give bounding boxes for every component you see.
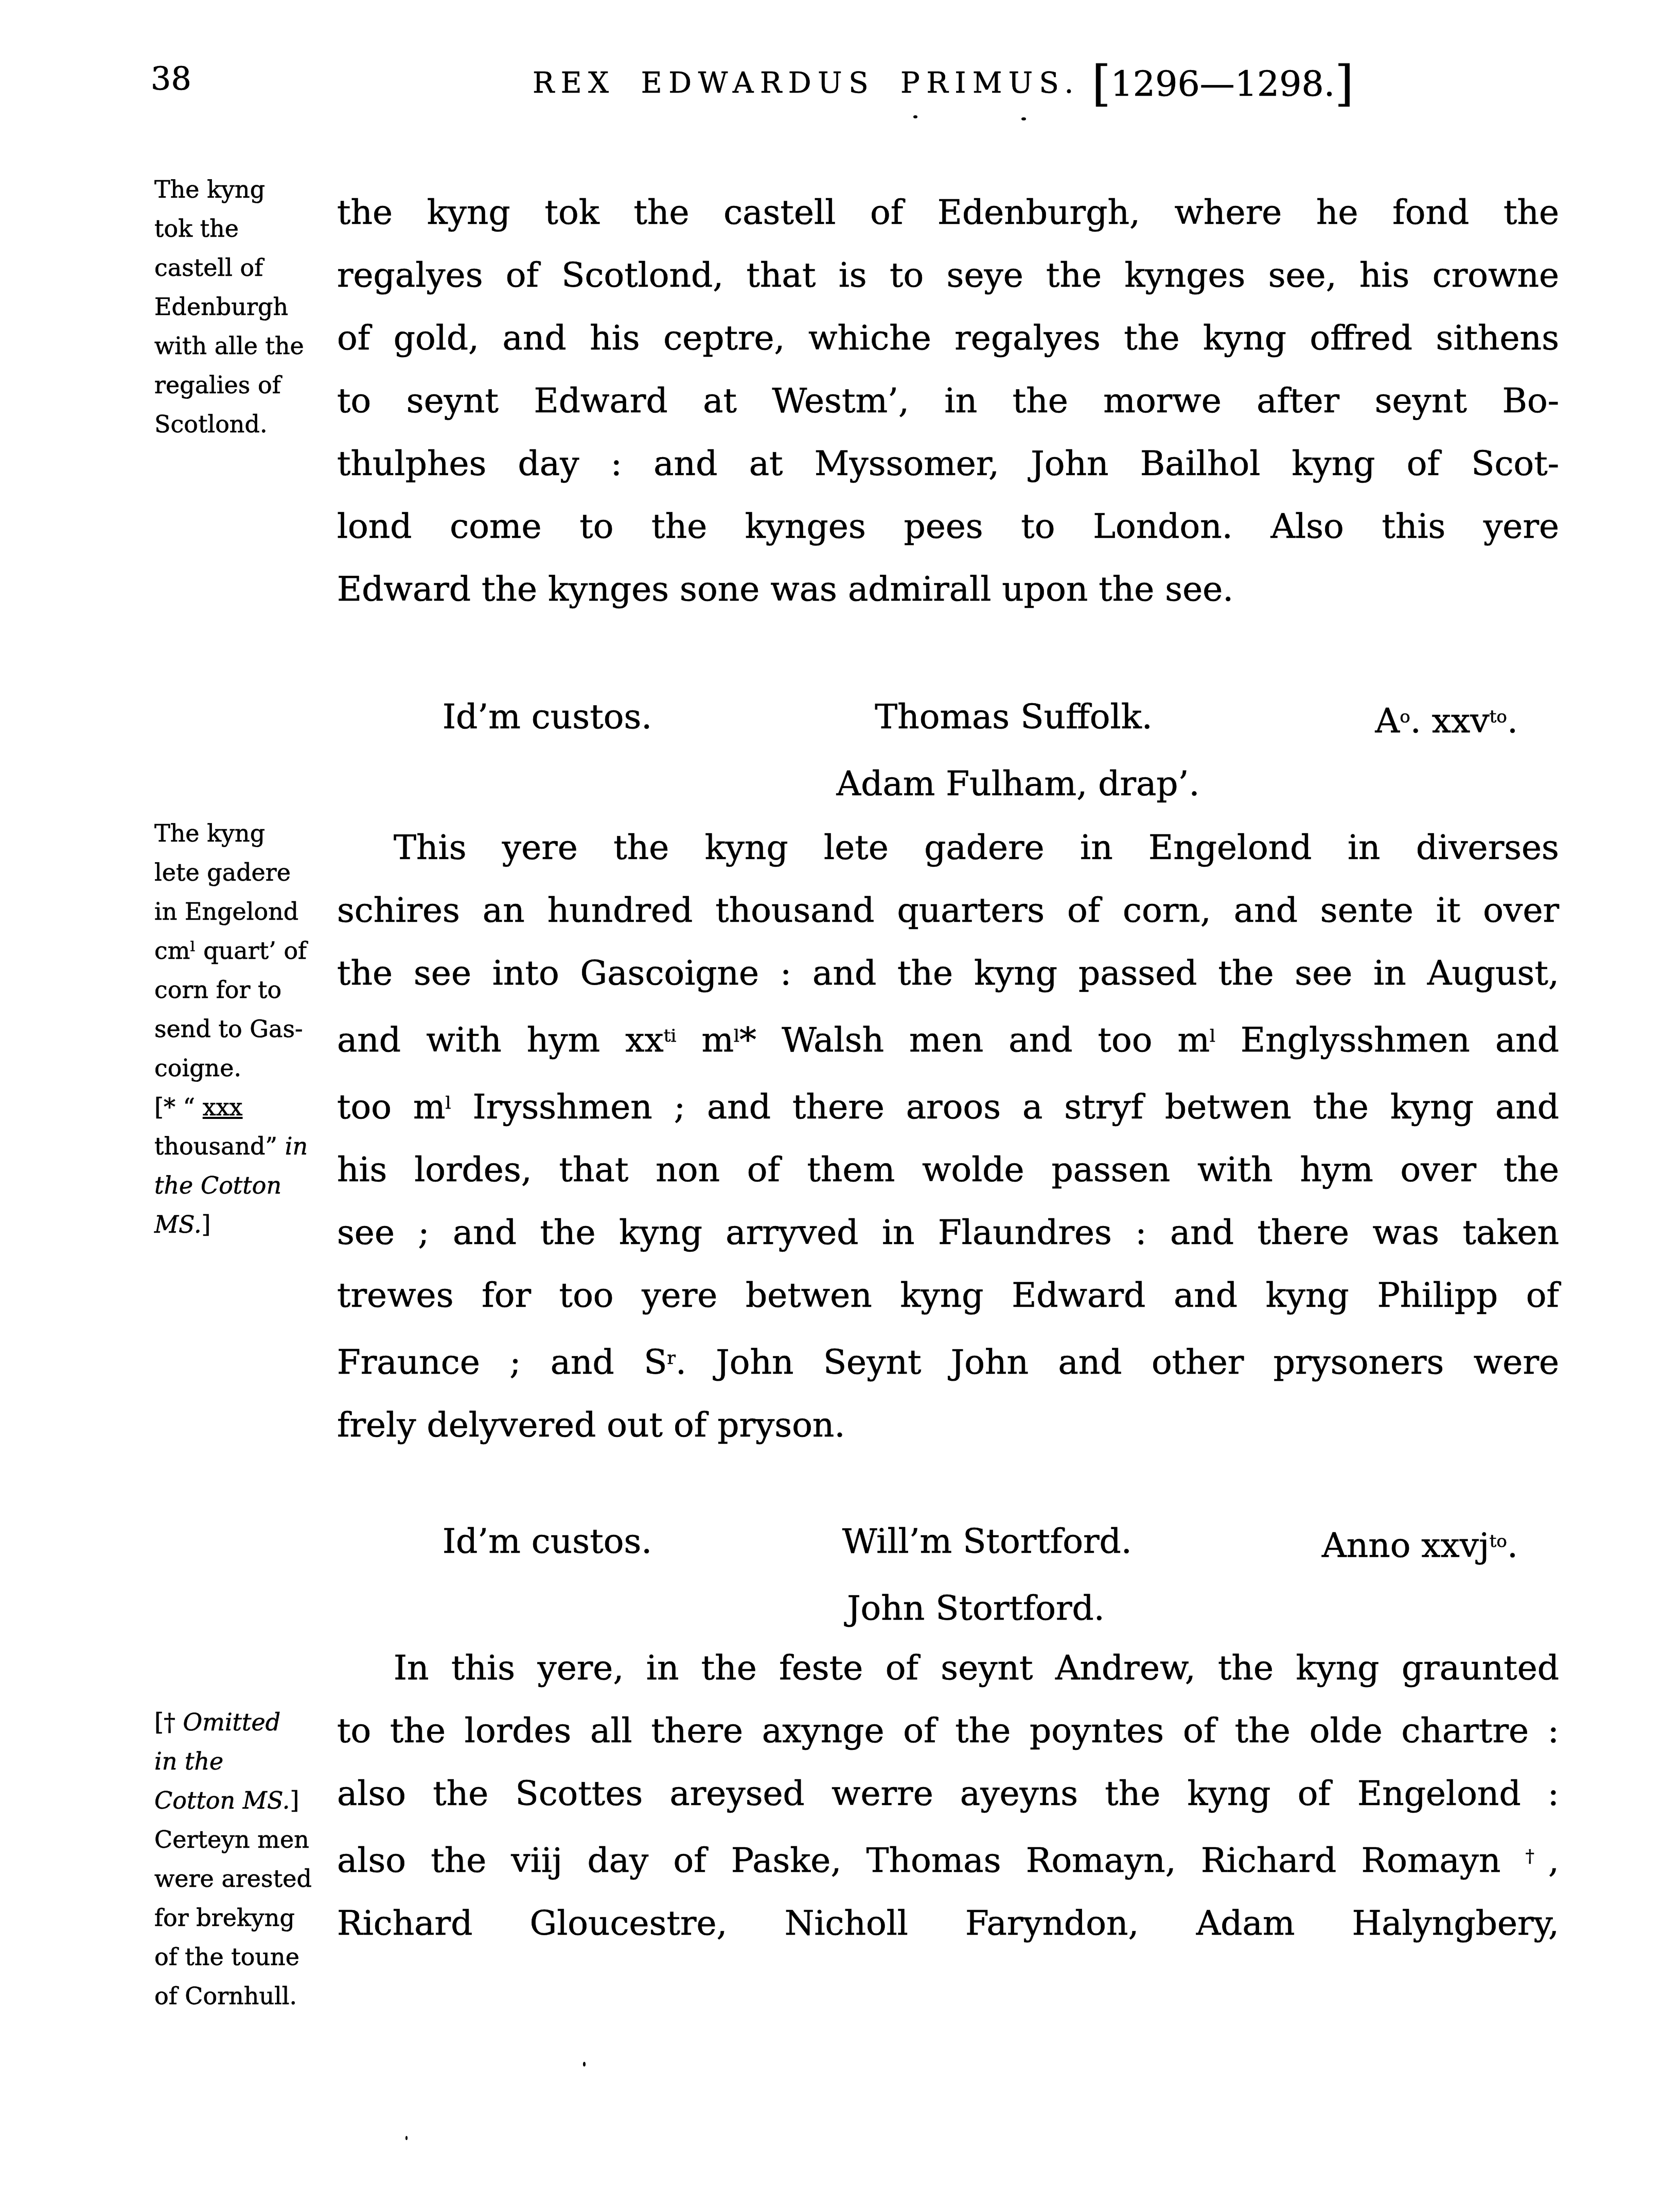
bracket-note-text: thousand” (154, 1132, 285, 1160)
margin-note-1: The kyng tok the castell of Edenburgh wi… (154, 170, 340, 444)
superscript: l (734, 1026, 739, 1046)
margin-note-line: thousand” in (154, 1127, 340, 1166)
text-segment: and with hym xx (337, 1020, 664, 1060)
text-line: schires an hundred thousand quarters of … (337, 879, 1559, 942)
paragraph-2: This yere the kyng lete gadere in Engelo… (337, 816, 1559, 1457)
margin-note-line: tok the (154, 209, 340, 248)
text-segment: , (1548, 1841, 1559, 1880)
margin-note-line: send to Gas- (154, 1009, 340, 1048)
close-bracket: ] (1335, 56, 1354, 112)
superscript: o (1400, 707, 1410, 727)
italic-text: in (285, 1132, 308, 1160)
custos-second-name: John Stortford. (337, 1577, 1559, 1640)
text-line: In this yere, in the feste of seynt Andr… (337, 1637, 1559, 1700)
text-segment: m (676, 1020, 734, 1060)
text-line: Richard Gloucestre, Nicholl Faryndon, Ad… (337, 1892, 1559, 1955)
text-line: also the viij day of Paske, Thomas Romay… (337, 1825, 1559, 1892)
text-line: see ; and the kyng arryved in Flaundres … (337, 1201, 1559, 1264)
margin-note-line: the Cotton (154, 1166, 340, 1205)
margin-note-3: [† Omitted in the Cotton MS.] Certeyn me… (154, 1703, 340, 2016)
superscript: to (1490, 707, 1507, 727)
superscript: l (446, 1093, 451, 1113)
custos-name: Thomas Suffolk. (875, 686, 1152, 752)
text-line: too ml Irysshmen ; and there aroos a str… (337, 1072, 1559, 1138)
text-line: to seynt Edward at Westm’, in the morwe … (337, 370, 1559, 432)
running-header-years: [1296—1298.] (1092, 58, 1354, 111)
ink-speck (583, 2062, 586, 2066)
superscript: l (1210, 1026, 1215, 1046)
text-line: This yere the kyng lete gadere in Engelo… (337, 816, 1559, 879)
margin-note-line: regalies of (154, 365, 340, 405)
book-page: 38 REX EDWARDUS PRIMUS. [1296—1298.] The… (0, 0, 1680, 2190)
ink-speck (405, 2136, 408, 2140)
text-segment: also the viij day of Paske, Thomas Romay… (337, 1841, 1526, 1880)
margin-note-line: [† Omitted (154, 1703, 340, 1742)
italic-text: MS. (154, 1211, 202, 1238)
ink-speck (1021, 117, 1026, 120)
text-line: trewes for too yere betwen kyng Edward a… (337, 1264, 1559, 1327)
bracket-note-text: ] (202, 1211, 211, 1238)
margin-note-2: The kyng lete gadere in Engelond cmˡ qua… (154, 814, 340, 1244)
margin-note-line: were arested (154, 1859, 340, 1898)
custos-name: Will’m Stortford. (842, 1510, 1132, 1577)
text-line: thulphes day : and at Myssomer, John Bai… (337, 432, 1559, 495)
margin-note-line: The kyng (154, 814, 340, 853)
year-range: 1296—1298. (1111, 64, 1335, 104)
text-segment: Englysshmen and (1215, 1020, 1559, 1060)
margin-note-line: cmˡ quart’ of (154, 931, 340, 970)
margin-note-line: Cotton MS.] (154, 1781, 340, 1820)
superscript: ti (664, 1026, 677, 1046)
anno-text: Anno xxvj (1322, 1526, 1490, 1565)
margin-note-line: [* “ xxx (154, 1088, 340, 1127)
underlined-text: xxx (203, 1093, 243, 1121)
text-segment: Fraunce ; and S (337, 1342, 667, 1382)
text-line: the kyng tok the castell of Edenburgh, w… (337, 181, 1559, 244)
margin-note-line: of Cornhull. (154, 1976, 340, 2016)
anno-text: A (1375, 701, 1400, 741)
text-line: the see into Gascoigne : and the kyng pa… (337, 942, 1559, 1005)
bracket-note-text: ] (290, 1786, 299, 1814)
custos-block-1: Id’m custos. Thomas Suffolk. Ao. xxvto. … (337, 686, 1559, 815)
text-line: regalyes of Scotlond, that is to seye th… (337, 244, 1559, 307)
anno-text: . (1507, 701, 1518, 741)
text-line: also the Scottes areysed werre ayeyns th… (337, 1762, 1559, 1825)
margin-note-line: MS.] (154, 1205, 340, 1244)
text-line: to the lordes all there axynge of the po… (337, 1700, 1559, 1762)
custos-row: Id’m custos. Will’m Stortford. Anno xxvj… (337, 1510, 1559, 1577)
ink-speck (913, 115, 917, 118)
margin-note-line: with alle the (154, 326, 340, 365)
text-line: his lordes, that non of them wolde passe… (337, 1138, 1559, 1201)
margin-note-line: for brekyng (154, 1898, 340, 1937)
custos-anno: Ao. xxvto. (1375, 686, 1518, 752)
anno-text: . (1507, 1526, 1518, 1565)
text-line: of gold, and his ceptre, whiche regalyes… (337, 307, 1559, 370)
anno-text: . xxv (1410, 701, 1490, 741)
page-number: 38 (151, 63, 191, 95)
margin-note-line: corn for to (154, 970, 340, 1009)
text-line: lond come to the kynges pees to London. … (337, 495, 1559, 558)
margin-note-line: The kyng (154, 170, 340, 209)
custos-row: Id’m custos. Thomas Suffolk. Ao. xxvto. (337, 686, 1559, 752)
text-segment: too m (337, 1087, 446, 1127)
text-segment: . John Seynt John and other prysoners we… (676, 1342, 1559, 1382)
paragraph-1: the kyng tok the castell of Edenburgh, w… (337, 181, 1559, 621)
margin-note-line: of the toune (154, 1937, 340, 1976)
dagger-mark: † (1526, 1846, 1548, 1867)
custos-label: Id’m custos. (443, 686, 652, 752)
margin-note-line: Edenburgh (154, 287, 340, 326)
text-line: frely delyvered out of pryson. (337, 1394, 1559, 1457)
margin-note-line: Scotlond. (154, 405, 340, 444)
text-segment: * Walsh men and too m (739, 1020, 1210, 1060)
margin-note-line: in the (154, 1742, 340, 1781)
custos-block-2: Id’m custos. Will’m Stortford. Anno xxvj… (337, 1510, 1559, 1640)
paragraph-3: In this yere, in the feste of seynt Andr… (337, 1637, 1559, 1955)
text-line: Fraunce ; and Sr. John Seynt John and ot… (337, 1327, 1559, 1394)
open-bracket: [ (1092, 56, 1111, 112)
text-line: Edward the kynges sone was admirall upon… (337, 558, 1559, 621)
custos-second-name: Adam Fulham, drap’. (337, 752, 1559, 815)
custos-anno: Anno xxvjto. (1322, 1510, 1518, 1577)
margin-note-line: castell of (154, 248, 340, 287)
running-header-title: REX EDWARDUS PRIMUS. (533, 69, 1080, 98)
custos-label: Id’m custos. (443, 1510, 652, 1577)
margin-note-line: Certeyn men (154, 1820, 340, 1859)
superscript: r (667, 1348, 675, 1369)
italic-text: Omitted (183, 1708, 281, 1736)
text-segment: Irysshmen ; and there aroos a stryf betw… (451, 1087, 1559, 1127)
margin-note-line: coigne. (154, 1048, 340, 1088)
margin-note-line: lete gadere (154, 853, 340, 892)
italic-text: Cotton MS. (154, 1786, 290, 1814)
bracket-note-text: [* “ (154, 1093, 203, 1121)
text-line: and with hym xxti ml* Walsh men and too … (337, 1005, 1559, 1072)
superscript: to (1490, 1531, 1507, 1552)
margin-note-line: in Engelond (154, 892, 340, 931)
bracket-note-text: [† (154, 1708, 183, 1736)
